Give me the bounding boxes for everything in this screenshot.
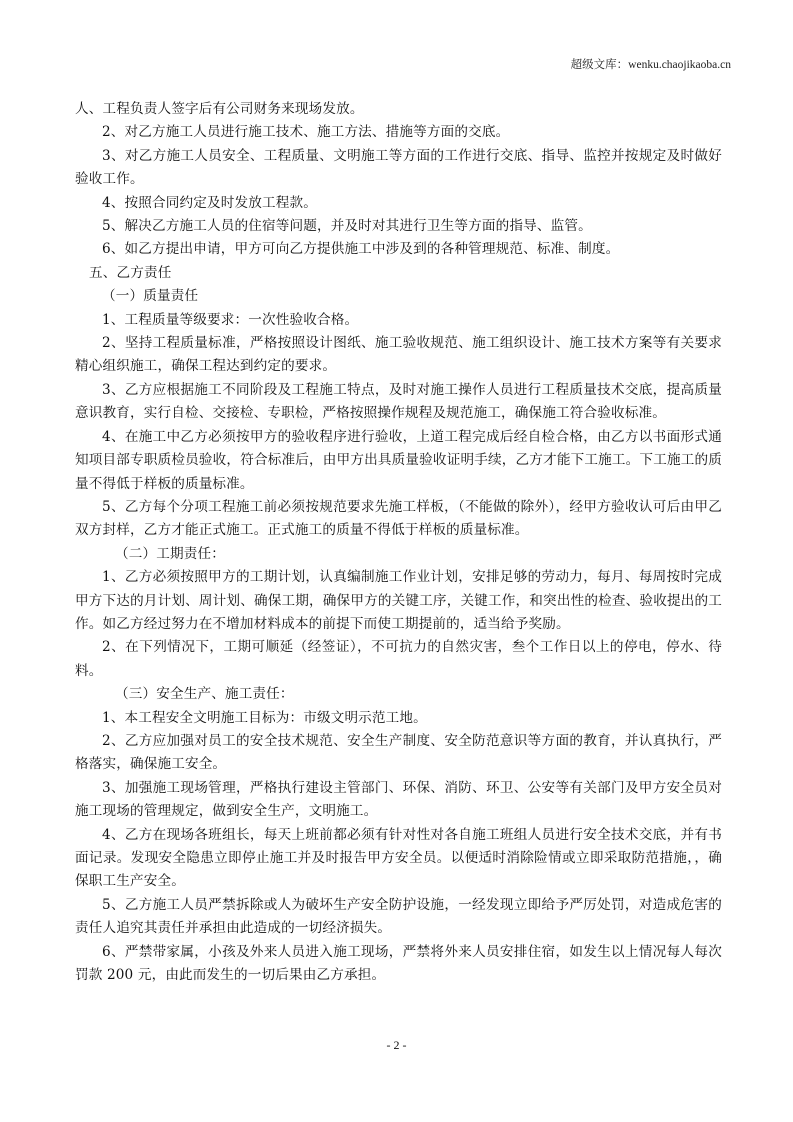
paragraph: 4、乙方在现场各班组长，每天上班前都必须有针对性对各自施工班组人员进行安全技术交… (75, 824, 722, 894)
paragraph: 人、工程负责人签字后有公司财务来现场发放。 (75, 98, 722, 121)
paragraph: 2、乙方应加强对员工的安全技术规范、安全生产制度、安全防范意识等方面的教育，并认… (75, 730, 722, 777)
page-header-source: 超级文库：wenku.chaojikaoba.cn (571, 56, 731, 72)
paragraph: 2、坚持工程质量标准，严格按照设计图纸、施工验收规范、施工组织设计、施工技术方案… (75, 332, 722, 379)
paragraph: 1、本工程安全文明施工目标为：市级文明示范工地。 (75, 707, 722, 730)
paragraph: 2、在下列情况下，工期可顺延（经签证），不可抗力的自然灾害，叁个工作日以上的停电… (75, 636, 722, 683)
subsection-heading: （一）质量责任 (75, 285, 722, 308)
page-number: - 2 - (0, 1038, 793, 1053)
paragraph: 5、乙方每个分项工程施工前必须按规范要求先施工样板，（不能做的除外），经甲方验收… (75, 496, 722, 543)
paragraph: 5、乙方施工人员严禁拆除或人为破坏生产安全防护设施，一经发现立即给予严厉处罚，对… (75, 894, 722, 941)
paragraph: 1、工程质量等级要求：一次性验收合格。 (75, 309, 722, 332)
paragraph: 3、加强施工现场管理，严格执行建设主管部门、环保、消防、环卫、公安等有关部门及甲… (75, 777, 722, 824)
paragraph: 6、严禁带家属，小孩及外来人员进入施工现场，严禁将外来人员安排住宿，如发生以上情… (75, 941, 722, 988)
paragraph: 5、解决乙方施工人员的住宿等问题，并及时对其进行卫生等方面的指导、监管。 (75, 215, 722, 238)
paragraph: 6、如乙方提出申请，甲方可向乙方提供施工中涉及到的各种管理规范、标准、制度。 (75, 238, 722, 261)
paragraph: 4、按照合同约定及时发放工程款。 (75, 192, 722, 215)
paragraph: 2、对乙方施工人员进行施工技术、施工方法、措施等方面的交底。 (75, 121, 722, 144)
paragraph: 1、乙方必须按照甲方的工期计划，认真编制施工作业计划，安排足够的劳动力，每月、每… (75, 566, 722, 636)
subsection-heading: （三）安全生产、施工责任： (75, 683, 722, 706)
paragraph: 4、在施工中乙方必须按甲方的验收程序进行验收，上道工程完成后经自检合格，由乙方以… (75, 426, 722, 496)
paragraph: 3、乙方应根据施工不同阶段及工程施工特点，及时对施工操作人员进行工程质量技术交底… (75, 379, 722, 426)
paragraph: 3、对乙方施工人员安全、工程质量、文明施工等方面的工作进行交底、指导、监控并按规… (75, 145, 722, 192)
document-body: 人、工程负责人签字后有公司财务来现场发放。 2、对乙方施工人员进行施工技术、施工… (75, 98, 722, 987)
section-heading: 五、乙方责任 (75, 262, 722, 285)
subsection-heading: （二）工期责任： (75, 543, 722, 566)
